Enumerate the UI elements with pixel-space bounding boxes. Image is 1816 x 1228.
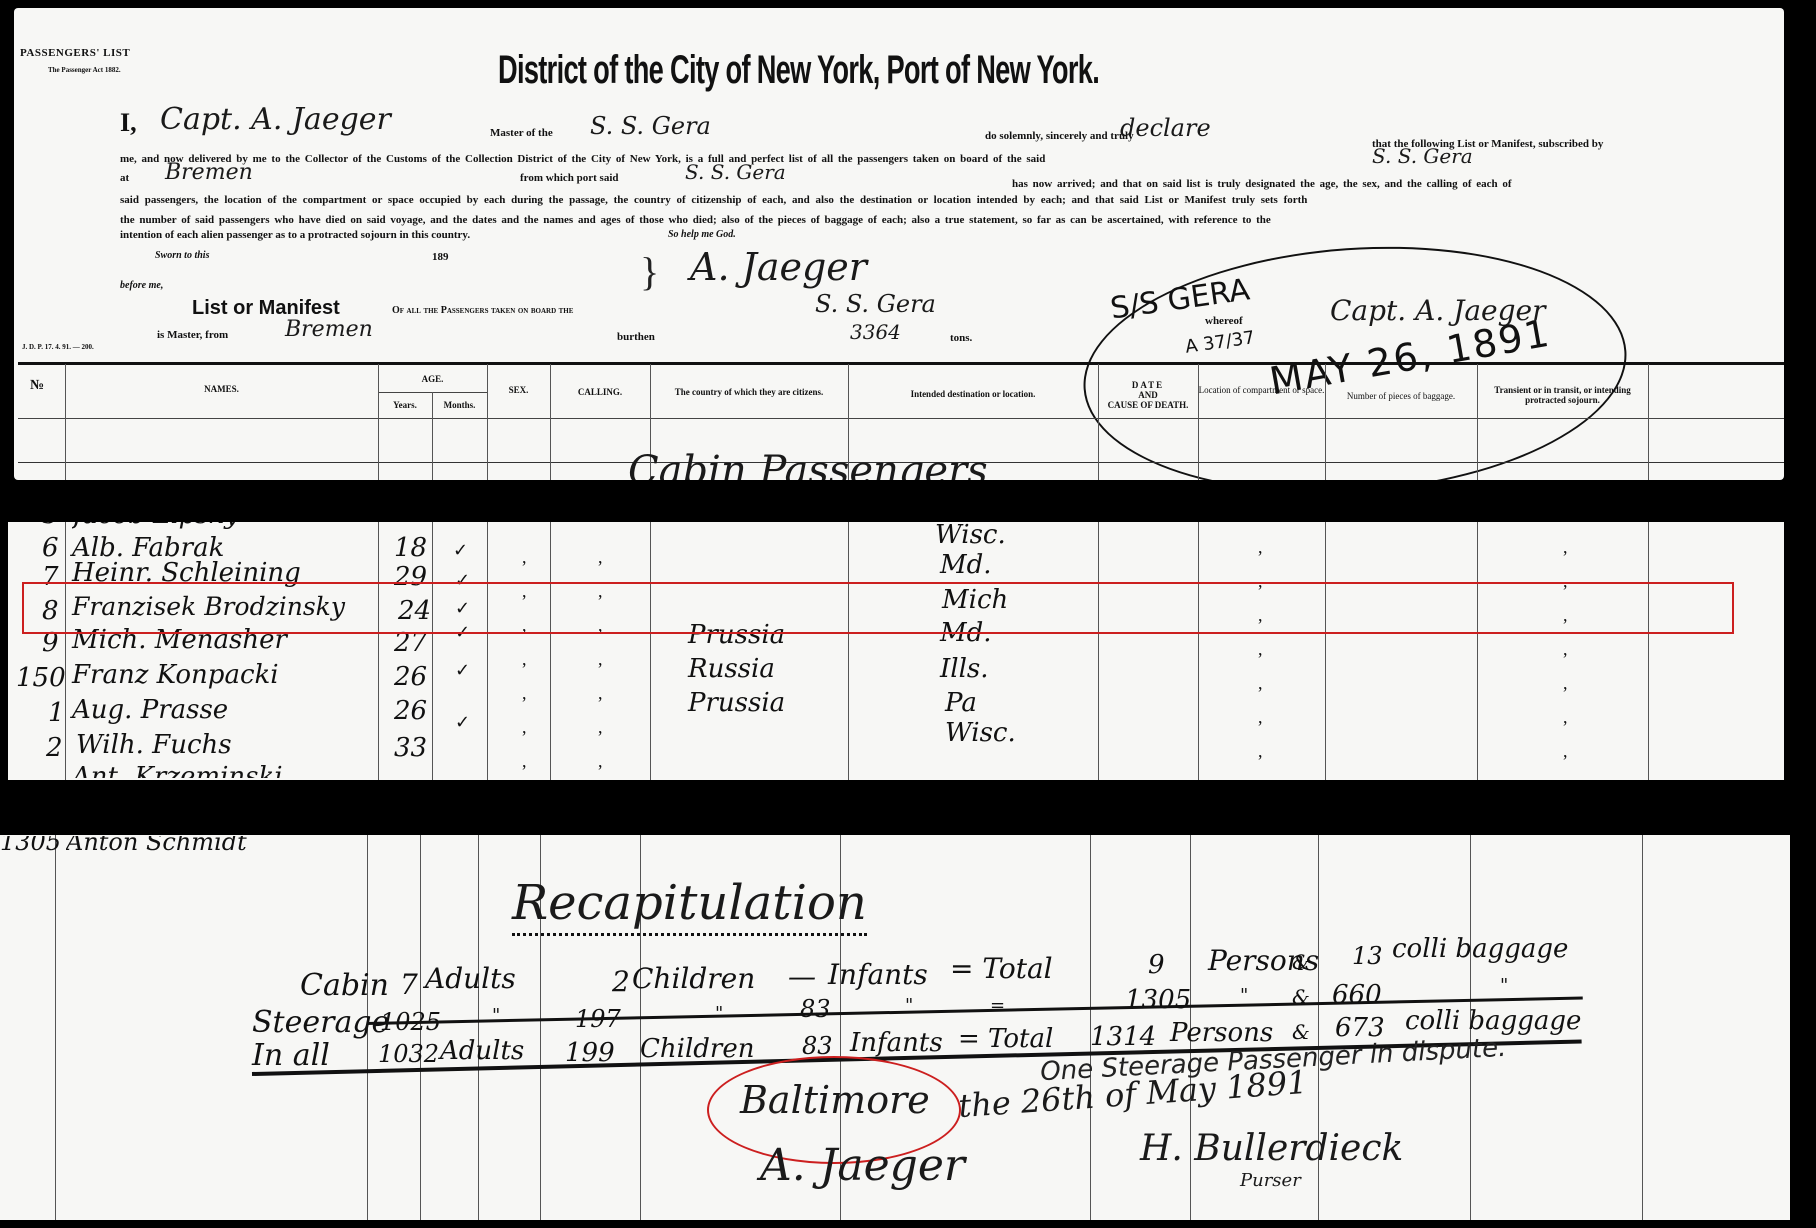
- is-master-label: is Master, from: [157, 329, 228, 341]
- manifest-subtitle: Of all the Passengers taken on board the: [392, 305, 573, 316]
- recapitulation-heading: Recapitulation: [512, 875, 867, 936]
- cabin-total-label: = Total: [950, 952, 1053, 985]
- header-death-a: DATE: [1098, 380, 1198, 390]
- col-divider: [55, 835, 56, 1220]
- from-port-ship: S. S. Gera: [685, 160, 786, 184]
- cabin-label: Cabin: [300, 968, 389, 1003]
- steerage-total: 1305: [1125, 985, 1191, 1015]
- row-no: 1: [48, 698, 65, 728]
- in-all-persons-label: Persons: [1170, 1018, 1273, 1048]
- redaction-bar: [0, 480, 1816, 522]
- steerage-total-label: =: [990, 995, 1005, 1016]
- ship-name: S. S. Gera: [590, 112, 711, 140]
- col-divider: [1648, 522, 1649, 780]
- col-divider: [1477, 522, 1478, 780]
- col-divider: [1642, 835, 1643, 1220]
- col-divider: [1325, 364, 1326, 480]
- sworn-label: Sworn to this: [155, 250, 209, 261]
- col-divider: [65, 364, 66, 480]
- header-baggage: Number of pieces of baggage.: [1325, 391, 1477, 401]
- row-no: 2: [46, 733, 63, 763]
- steerage-children-label: ": [715, 1003, 723, 1024]
- declaration-line4: said passengers, the location of the com…: [120, 194, 1307, 206]
- row-name: Wilh. Fuchs: [76, 730, 232, 760]
- place: Baltimore: [740, 1078, 930, 1122]
- brace: }: [640, 248, 659, 295]
- row-years: 26: [394, 662, 427, 692]
- col-divider: [1098, 522, 1099, 780]
- row-destination: Pa: [945, 688, 977, 718]
- col-divider: [1198, 522, 1199, 780]
- cabin-and: &: [1292, 950, 1310, 974]
- redaction-bar: [0, 780, 1816, 835]
- header-death-b: AND: [1098, 390, 1198, 400]
- header-sex: SEX.: [487, 385, 550, 395]
- in-all-total-label: = Total: [958, 1024, 1053, 1054]
- so-help-label: So help me God.: [668, 229, 736, 240]
- header-transient: Transient or in transit, or intending pr…: [1477, 385, 1648, 405]
- row-years: 33: [394, 733, 427, 763]
- ditto-marks-sex: , , , , , , ,: [522, 540, 527, 778]
- sworn-year: 189: [432, 251, 449, 263]
- table-header-bottom-rule: [18, 418, 1784, 419]
- solemnly-label: do solemnly, sincerely and truly: [985, 130, 1134, 142]
- cabin-total: 9: [1148, 950, 1165, 980]
- row-destination: Ills.: [940, 654, 989, 684]
- row-country: Russia: [688, 654, 775, 684]
- printer-code: J. D. P. 17. 4. 91. — 200.: [22, 343, 94, 351]
- master-signature: A. Jaeger: [760, 1140, 965, 1191]
- corner-title: PASSENGERS' LIST: [20, 47, 130, 59]
- col-divider: [1325, 522, 1326, 780]
- manifest-ship-name: S. S. Gera: [815, 290, 936, 318]
- header-country: The country of which they are citizens.: [650, 387, 848, 397]
- manifest-from-port: Bremen: [285, 317, 373, 342]
- from-port-label: from which port said: [520, 172, 619, 184]
- header-death: DATE AND CAUSE OF DEATH.: [1098, 380, 1198, 410]
- cabin-infants: —: [788, 960, 816, 993]
- in-all-total: 1314: [1090, 1022, 1156, 1052]
- col-divider: [487, 522, 488, 780]
- ditto-marks-transient: , , , , , , ,: [1563, 530, 1568, 768]
- col-divider: [478, 835, 479, 1220]
- purser-label: Purser: [1240, 1170, 1301, 1191]
- steerage-adults-label: ": [492, 1005, 500, 1026]
- corner-subtitle: The Passenger Act 1882.: [48, 66, 121, 74]
- in-all-label: In all: [252, 1038, 330, 1073]
- header-age: AGE.: [378, 374, 487, 384]
- cabin-children: 2: [612, 965, 630, 998]
- row-country: Prussia: [688, 688, 785, 718]
- before-me-label: before me,: [120, 280, 163, 291]
- col-divider: [487, 364, 488, 480]
- header-calling: CALLING.: [550, 387, 650, 397]
- header-no: №: [30, 378, 44, 394]
- declaration-line5: the number of said passengers who have d…: [120, 214, 1271, 226]
- declaration-line2: me, and now delivered by me to the Colle…: [120, 153, 1045, 165]
- burthen-label: burthen: [617, 331, 655, 343]
- header-names: NAMES.: [65, 384, 378, 394]
- declaration-line3-end: has now arrived; and that on said list i…: [1012, 178, 1512, 190]
- col-divider: [378, 522, 379, 780]
- in-all-baggage-label: colli baggage: [1405, 1006, 1581, 1036]
- tonnage: 3364: [850, 320, 901, 344]
- highlighted-row-box: [22, 582, 1734, 634]
- row-years: 26: [394, 696, 427, 726]
- header-death-c: CAUSE OF DEATH.: [1098, 400, 1198, 410]
- row-destination: Wisc.: [935, 520, 1006, 550]
- ditto-marks-calling: , , , , , , ,: [598, 540, 603, 778]
- header-months: Months.: [432, 400, 487, 410]
- ditto-marks-location: , , , , , , ,: [1258, 530, 1263, 768]
- header-years: Years.: [378, 400, 432, 410]
- col-divider: [550, 522, 551, 780]
- at-label: at: [120, 172, 129, 184]
- declaration-line2-ship: S. S. Gera: [1372, 144, 1473, 168]
- col-divider: [1198, 364, 1199, 480]
- col-divider: [432, 522, 433, 780]
- cabin-children-label: Children: [632, 962, 755, 995]
- row-destination: Md.: [940, 550, 992, 580]
- in-all-adults-label: Adults: [440, 1036, 524, 1066]
- header-destination: Intended destination or location.: [848, 389, 1098, 399]
- header-location: Location of compartment or space.: [1198, 385, 1325, 395]
- steerage-infants: 83: [800, 995, 831, 1023]
- cabin-infants-label: Infants: [828, 958, 928, 991]
- in-all-infants-label: Infants: [850, 1028, 943, 1058]
- row-months-check: ✓: [455, 712, 470, 733]
- declaration-lead: I,: [120, 108, 137, 138]
- table-top-rule: [18, 362, 1784, 365]
- page-title: District of the City of New York, Port o…: [498, 48, 1099, 93]
- col-divider: [65, 522, 66, 780]
- bottom-edge: [0, 1220, 1816, 1228]
- cabin-adults-label: Adults: [425, 962, 516, 995]
- cabin-adults: 7: [400, 968, 418, 1001]
- tons-label: tons.: [950, 332, 972, 344]
- captain-name: Capt. A. Jaeger: [160, 102, 391, 137]
- col-divider: [1648, 364, 1649, 480]
- steerage-baggage: 660: [1332, 980, 1382, 1010]
- col-divider: [1477, 364, 1478, 480]
- master-of-label: Master of the: [490, 127, 553, 139]
- in-all-and: &: [1292, 1020, 1310, 1044]
- row-no: 6: [42, 533, 59, 563]
- captain-signature: A. Jaeger: [690, 245, 867, 289]
- cabin-baggage-label: colli baggage: [1392, 934, 1568, 964]
- purser-signature: H. Bullerdieck: [1140, 1128, 1403, 1169]
- declare-word: declare: [1120, 114, 1211, 142]
- cabin-baggage: 13: [1352, 942, 1383, 970]
- row-years: 18: [394, 533, 427, 563]
- col-divider: [550, 364, 551, 480]
- row-months-check: ✓: [455, 660, 470, 681]
- port-from: Bremen: [165, 160, 253, 185]
- steerage-baggage-label: ": [1500, 975, 1508, 996]
- row-no: 150: [16, 663, 66, 693]
- row-months-check: ✓: [453, 540, 468, 561]
- col-divider: [848, 522, 849, 780]
- col-divider: [650, 522, 651, 780]
- row-destination: Wisc.: [945, 718, 1016, 748]
- row-name: Franz Konpacki: [72, 660, 279, 690]
- row-name: Aug. Prasse: [72, 695, 228, 725]
- in-all-adults: 1032: [378, 1040, 439, 1068]
- declaration-line6: intention of each alien passenger as to …: [120, 229, 470, 241]
